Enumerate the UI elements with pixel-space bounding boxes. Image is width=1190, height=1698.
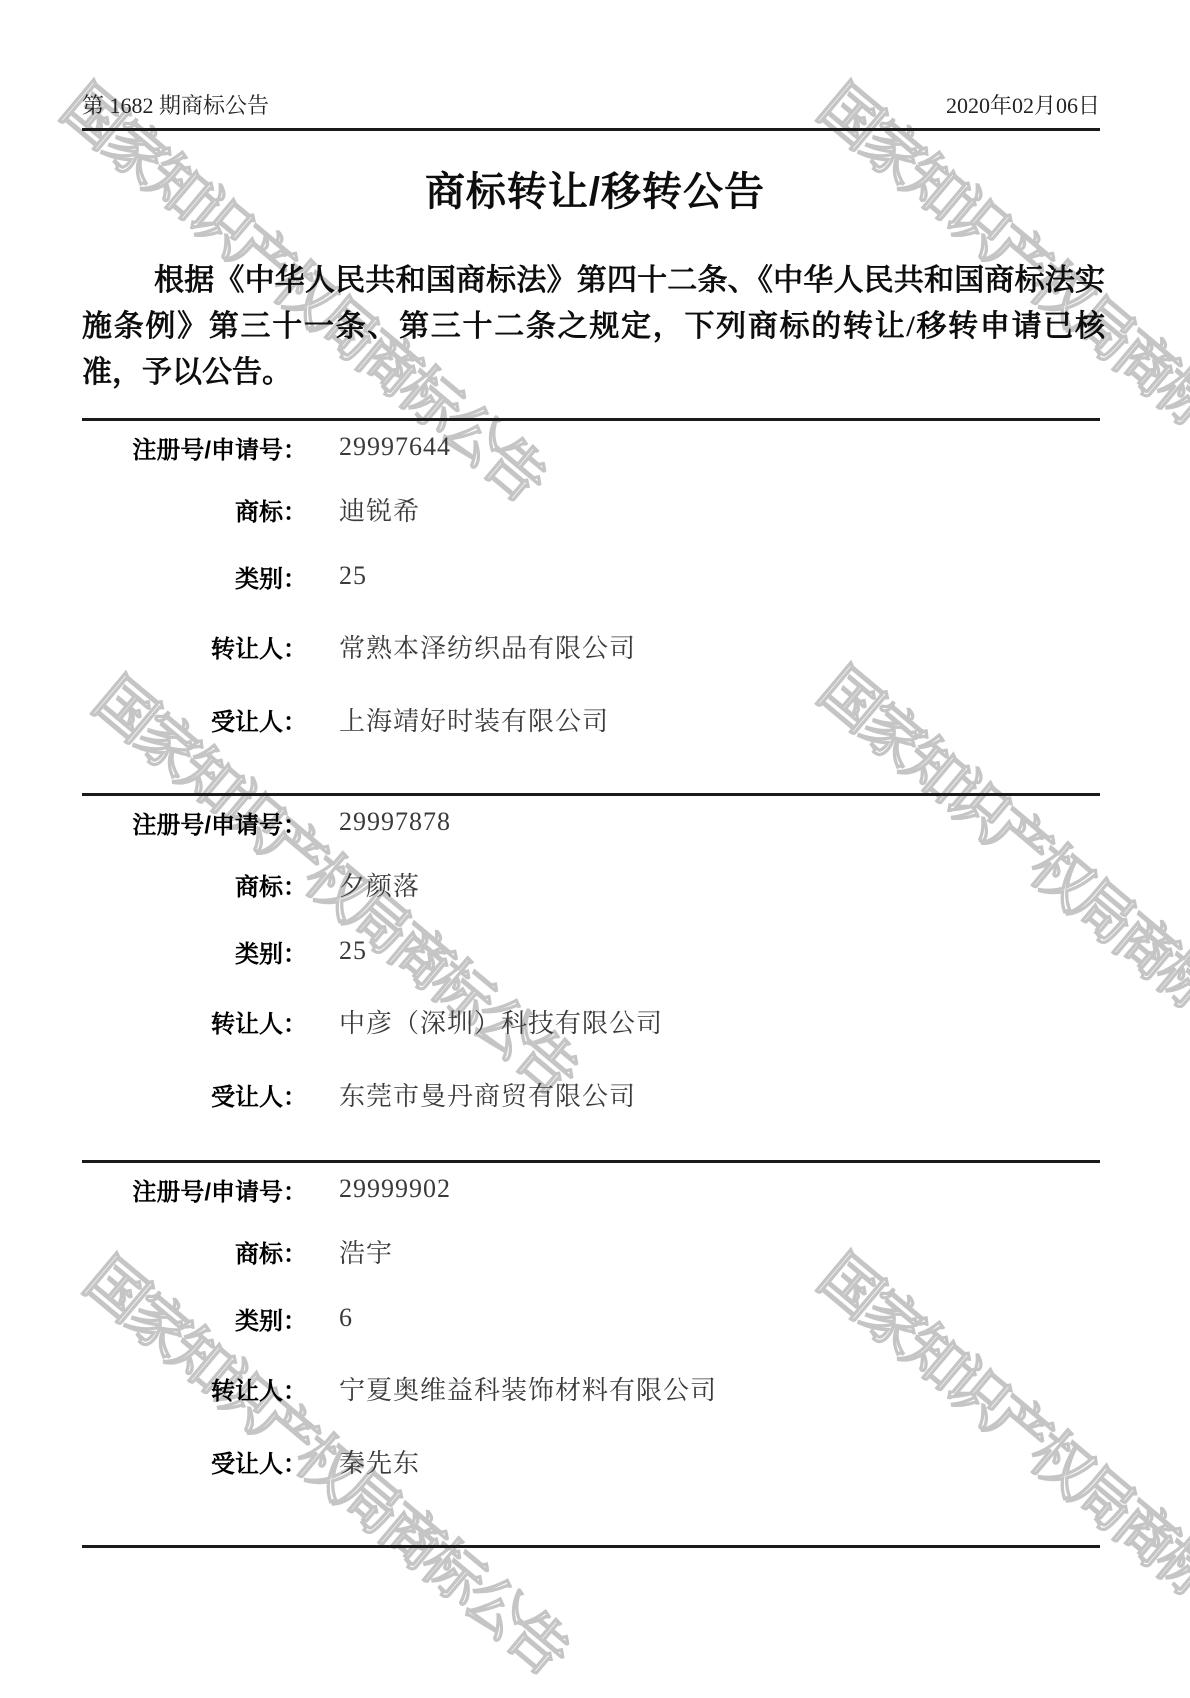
reg-no-label: 注册号/申请号： [82,805,307,840]
record-separator-rule [82,1160,1100,1163]
trademark-record: 注册号/申请号： 29999902 商标： 浩宇 类别： 6 转让人： 宁夏奥维… [82,1160,1100,1500]
assignee-label: 受让人： [82,1077,307,1112]
trademark-record: 注册号/申请号： 29997878 商标： 夕颜落 类别： 25 转让人： 中彦… [82,793,1100,1133]
field-row-assignor: 转让人： 常熟本泽纺织品有限公司 [82,623,1100,669]
trademark-label: 商标： [82,1234,307,1269]
assignee-label: 受让人： [82,702,307,737]
field-row-trademark: 商标： 浩宇 [82,1228,1100,1274]
field-row-assignor: 转让人： 宁夏奥维益科装饰材料有限公司 [82,1365,1100,1411]
field-row-assignee: 受让人： 秦先东 [82,1438,1100,1484]
gazette-issue-info: 第 1682 期商标公告 [82,89,269,120]
record-separator-rule [82,418,1100,421]
category-value: 25 [339,561,367,591]
assignee-value: 秦先东 [339,1443,420,1480]
record-separator-rule [82,793,1100,796]
assignee-label: 受让人： [82,1444,307,1479]
trademark-record: 注册号/申请号： 29997644 商标： 迪锐希 类别： 25 转让人： 常熟… [82,418,1100,758]
trademark-value: 浩宇 [339,1233,393,1270]
header-rule [82,128,1100,131]
reg-no-label: 注册号/申请号： [82,1172,307,1207]
reg-no-value: 29997878 [339,807,451,837]
reg-no-value: 29997644 [339,432,451,462]
page-title: 商标转让/移转公告 [0,170,1190,214]
category-label: 类别： [82,1301,307,1336]
reg-no-label: 注册号/申请号： [82,430,307,465]
page-content: 第 1682 期商标公告 2020年02月06日 商标转让/移转公告 根据《中华… [0,0,1190,1698]
category-value: 6 [339,1303,353,1333]
field-row-trademark: 商标： 迪锐希 [82,486,1100,532]
assignor-label: 转让人： [82,1371,307,1406]
assignor-value: 宁夏奥维益科装饰材料有限公司 [339,1370,717,1407]
assignee-value: 东莞市曼丹商贸有限公司 [339,1076,636,1113]
trademark-label: 商标： [82,867,307,902]
field-row-category: 类别： 6 [82,1295,1100,1341]
trademark-label: 商标： [82,492,307,527]
assignor-label: 转让人： [82,629,307,664]
gazette-page: 国家知识产权局商标公告 国家知识产权局商标公告 国家知识产权局商标公告 国家知识… [0,0,1190,1698]
field-row-assignor: 转让人： 中彦（深圳）科技有限公司 [82,998,1100,1044]
trademark-value: 迪锐希 [339,491,420,528]
field-row-reg-no: 注册号/申请号： 29997878 [82,799,1100,845]
field-row-assignee: 受让人： 上海靖好时装有限公司 [82,696,1100,742]
field-row-reg-no: 注册号/申请号： 29999902 [82,1166,1100,1212]
assignor-value: 中彦（深圳）科技有限公司 [339,1003,663,1040]
reg-no-value: 29999902 [339,1174,451,1204]
field-row-reg-no: 注册号/申请号： 29997644 [82,424,1100,470]
assignor-value: 常熟本泽纺织品有限公司 [339,628,636,665]
category-label: 类别： [82,934,307,969]
assignee-value: 上海靖好时装有限公司 [339,701,609,738]
assignor-label: 转让人： [82,1004,307,1039]
bottom-rule [82,1545,1100,1548]
intro-paragraph: 根据《中华人民共和国商标法》第四十二条、《中华人民共和国商标法实施条例》第三十一… [82,258,1105,396]
gazette-date: 2020年02月06日 [946,89,1100,120]
category-label: 类别： [82,559,307,594]
field-row-assignee: 受让人： 东莞市曼丹商贸有限公司 [82,1071,1100,1117]
category-value: 25 [339,936,367,966]
field-row-category: 类别： 25 [82,928,1100,974]
field-row-trademark: 商标： 夕颜落 [82,861,1100,907]
page-header: 第 1682 期商标公告 2020年02月06日 [82,88,1100,120]
field-row-category: 类别： 25 [82,553,1100,599]
trademark-value: 夕颜落 [339,866,420,903]
